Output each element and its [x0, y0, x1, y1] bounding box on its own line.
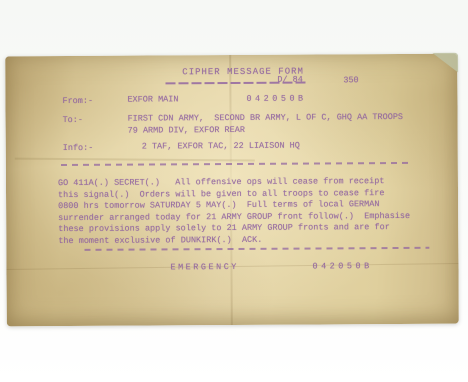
to-addressees-line1: FIRST CDN ARMY, SECOND BR ARMY, L OF C, … [128, 112, 404, 125]
dashed-separator-bottom [84, 247, 429, 251]
from-label: From:- [62, 96, 93, 107]
to-addressees-line2: 79 ARMD DIV, EXFOR REAR [128, 125, 245, 137]
paper-corner-fold [432, 53, 458, 73]
dashed-separator-top [61, 162, 413, 166]
message-body-line: the moment exclusive of DUNKIRK(.) ACK. [58, 234, 262, 247]
from-date-time-group: 042050B [246, 94, 306, 105]
to-label: To:- [63, 115, 83, 126]
info-addressees: 2 TAF, EXFOR TAC, 22 LIAISON HQ [142, 141, 300, 153]
message-body-line: these provisions apply solely to 21 ARMY… [58, 222, 390, 236]
reference-number: D/ 84 [277, 75, 303, 86]
cipher-form-paper: CIPHER MESSAGE FORM D/ 84 350 From:- EXF… [5, 54, 459, 327]
info-label: Info:- [63, 143, 94, 154]
precedence-marking: EMERGENCY [170, 262, 238, 273]
from-value: EXFOR MAIN [127, 94, 178, 105]
footer-date-time-group: 042050B [312, 261, 372, 272]
paper-crease-horizontal-upper [15, 158, 255, 162]
serial-number: 350 [343, 75, 358, 86]
